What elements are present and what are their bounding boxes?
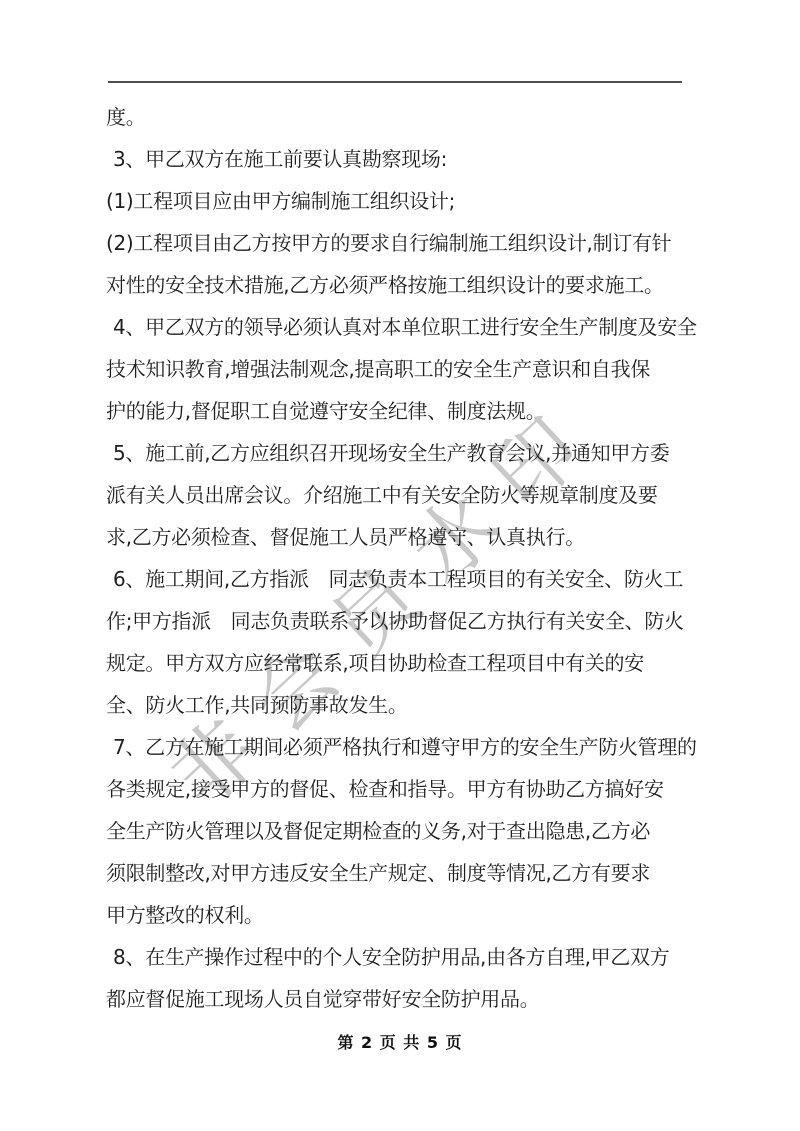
document-page: 非会员水印 度。3、甲乙双方在施工前要认真勘察现场:(1)工程项目应由甲方编制施… xyxy=(0,0,800,1131)
header-divider-line xyxy=(108,81,682,83)
text-line: 技术知识教育,增强法制观念,提高职工的安全生产意识和自我保 xyxy=(106,348,686,390)
text-line: 7、乙方在施工期间必须严格执行和遵守甲方的安全生产防火管理的 xyxy=(106,726,686,768)
page-number-text: 第 2 页 共 5 页 xyxy=(337,1033,462,1052)
text-line: 须限制整改,对甲方违反安全生产规定、制度等情况,乙方有要求 xyxy=(106,852,686,894)
text-line: 度。 xyxy=(106,96,686,138)
text-line: 3、甲乙双方在施工前要认真勘察现场: xyxy=(106,138,686,180)
page-footer: 第 2 页 共 5 页 xyxy=(0,1030,800,1053)
text-line: 求,乙方必须检查、督促施工人员严格遵守、认真执行。 xyxy=(106,516,686,558)
text-line: (2)工程项目由乙方按甲方的要求自行编制施工组织设计,制订有针 xyxy=(106,222,686,264)
text-line: 派有关人员出席会议。介绍施工中有关安全防火等规章制度及要 xyxy=(106,474,686,516)
text-line: 各类规定,接受甲方的督促、检查和指导。甲方有协助乙方搞好安 xyxy=(106,768,686,810)
text-line: 作;甲方指派 同志负责联系予以协助督促乙方执行有关安全、防火 xyxy=(106,600,686,642)
text-line: 6、施工期间,乙方指派 同志负责本工程项目的有关安全、防火工 xyxy=(106,558,686,600)
text-line: 全生产防火管理以及督促定期检查的义务,对于查出隐患,乙方必 xyxy=(106,810,686,852)
text-line: 8、在生产操作过程中的个人安全防护用品,由各方自理,甲乙双方 xyxy=(106,936,686,978)
text-line: 全、防火工作,共同预防事故发生。 xyxy=(106,684,686,726)
text-line: 4、甲乙双方的领导必须认真对本单位职工进行安全生产制度及安全 xyxy=(106,306,686,348)
text-line: 都应督促施工现场人员自觉穿带好安全防护用品。 xyxy=(106,978,686,1020)
text-line: 甲方整改的权利。 xyxy=(106,894,686,936)
text-line: 对性的安全技术措施,乙方必须严格按施工组织设计的要求施工。 xyxy=(106,264,686,306)
text-line: 护的能力,督促职工自觉遵守安全纪律、制度法规。 xyxy=(106,390,686,432)
text-line: (1)工程项目应由甲方编制施工组织设计; xyxy=(106,180,686,222)
text-line: 5、施工前,乙方应组织召开现场安全生产教育会议,并通知甲方委 xyxy=(106,432,686,474)
document-body: 度。3、甲乙双方在施工前要认真勘察现场:(1)工程项目应由甲方编制施工组织设计;… xyxy=(106,96,686,1020)
text-line: 规定。甲方双方应经常联系,项目协助检查工程项目中有关的安 xyxy=(106,642,686,684)
